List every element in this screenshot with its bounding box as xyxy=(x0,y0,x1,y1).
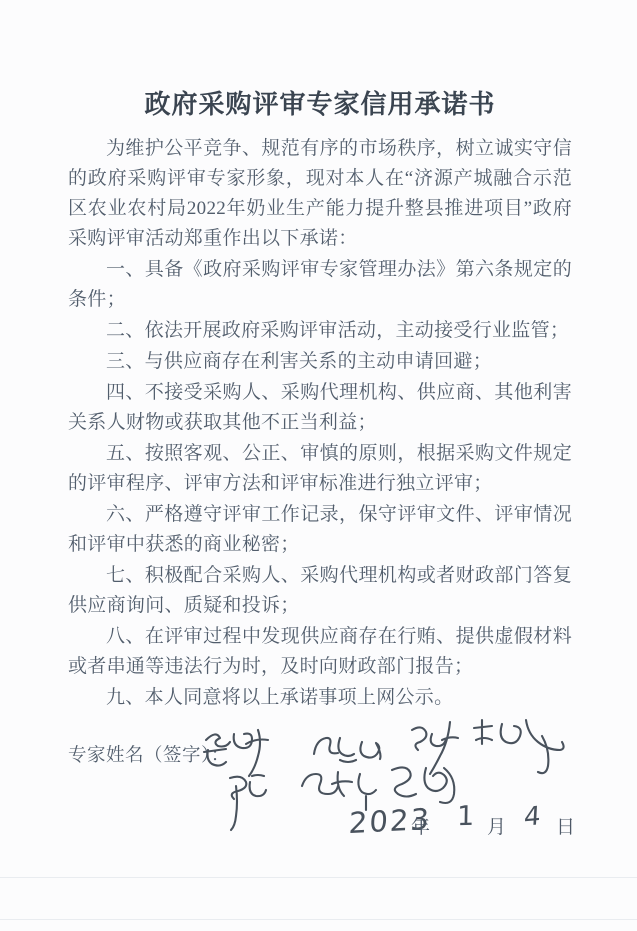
document-page: 政府采购评审专家信用承诺书 为维护公平竞争、规范有序的市场秩序，树立诚实守信的政… xyxy=(0,0,637,931)
date-day-handwritten: 4 xyxy=(523,801,541,832)
scan-artifact-line xyxy=(0,877,637,878)
commitment-item-1: 一、具备《政府采购评审专家管理办法》第六条规定的条件； xyxy=(68,255,572,315)
commitment-item-4: 四、不接受采购人、采购代理机构、供应商、其他利害关系人财物或获取其他不正当利益； xyxy=(68,378,572,438)
signature-handwriting-5 xyxy=(222,770,270,834)
commitment-item-5: 五、按照客观、公正、审慎的原则，根据采购文件规定的评审程序、评审方法和评审标准进… xyxy=(68,439,572,499)
date-year-label: 年 xyxy=(411,812,430,839)
commitment-item-7: 七、积极配合采购人、采购代理机构或者财政部门答复供应商询问、质疑和投诉； xyxy=(68,561,572,621)
document-title: 政府采购评审专家信用承诺书 xyxy=(68,84,572,121)
date-month-label: 月 xyxy=(487,812,506,839)
intro-paragraph: 为维护公平竞争、规范有序的市场秩序，树立诚实守信的政府采购评审专家形象，现对本人… xyxy=(68,134,572,254)
date-month-handwritten: 1 xyxy=(457,801,475,832)
signature-handwriting-4 xyxy=(470,714,570,780)
date-day-label: 日 xyxy=(556,812,575,839)
document-body: 政府采购评审专家信用承诺书 为维护公平竞争、规范有序的市场秩序，树立诚实守信的政… xyxy=(68,84,572,714)
commitment-item-8: 八、在评审过程中发现供应商存在行贿、提供虚假材料或者串通等违法行为时，及时向财政… xyxy=(68,622,572,682)
commitment-item-9: 九、本人同意将以上承诺事项上网公示。 xyxy=(68,683,572,713)
commitment-item-6: 六、严格遵守评审工作记录，保守评审文件、评审情况和评审中获悉的商业秘密； xyxy=(68,500,572,560)
commitment-item-3: 三、与供应商存在利害关系的主动申请回避； xyxy=(68,347,572,377)
scan-artifact-line xyxy=(0,919,637,920)
commitment-item-2: 二、依法开展政府采购评审活动，主动接受行业监管； xyxy=(68,316,572,346)
